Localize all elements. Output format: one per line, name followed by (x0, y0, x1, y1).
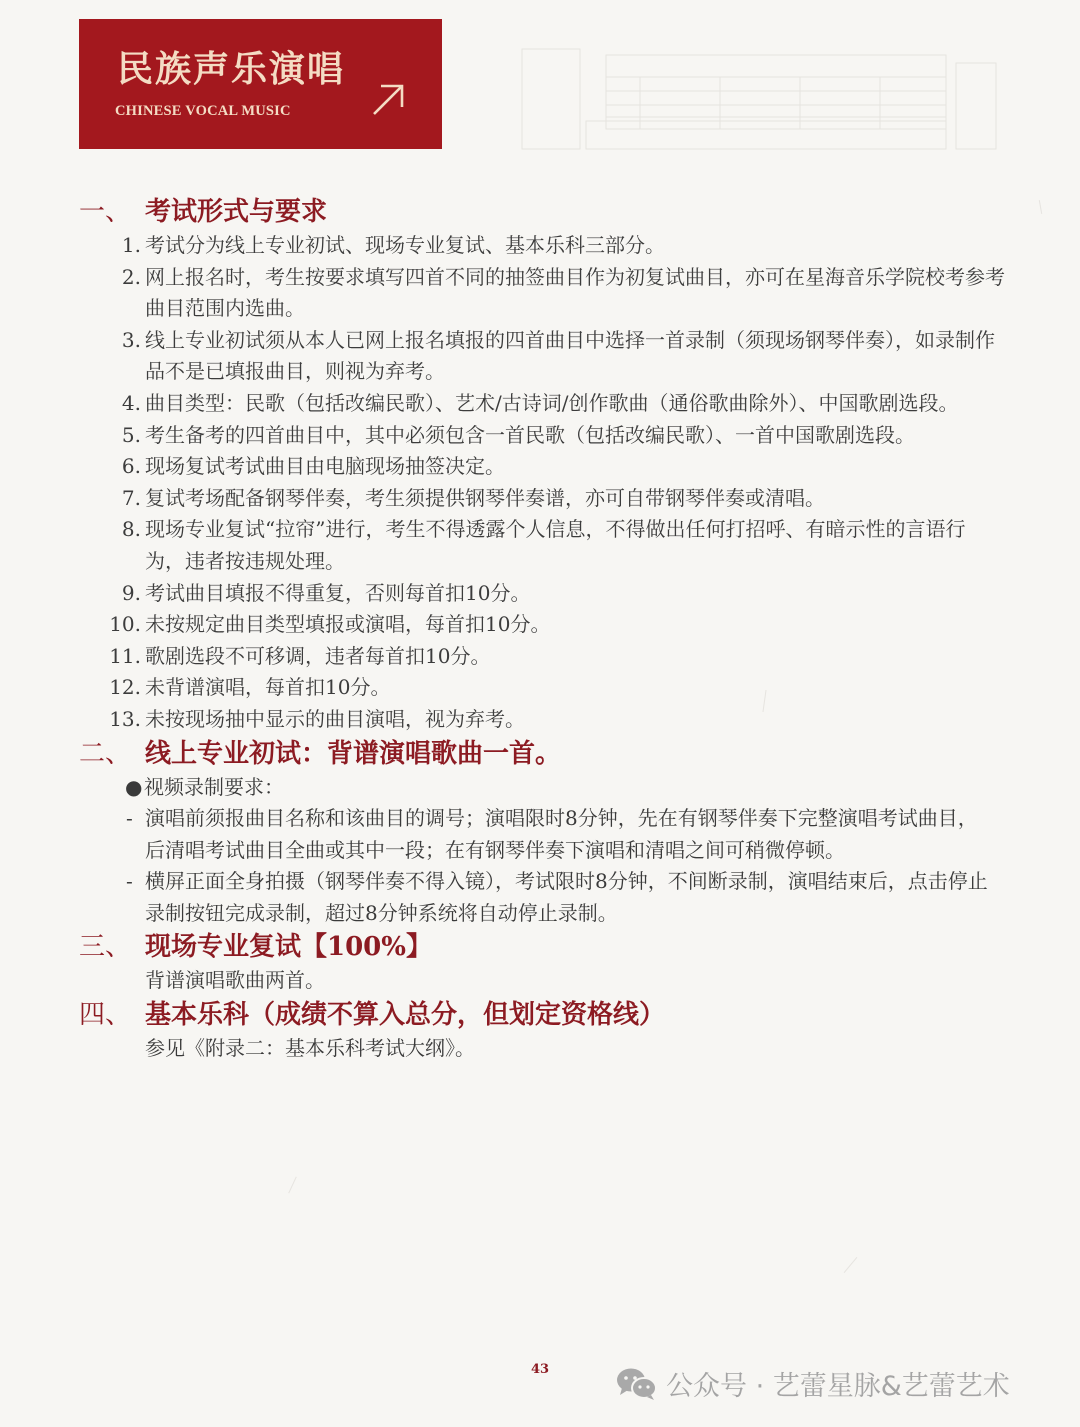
list-item: 13.未按现场抽中显示的曲目演唱，视为弃考。 (103, 704, 1019, 736)
list-item: 7.复试考场配备钢琴伴奏，考生须提供钢琴伴奏谱，亦可自带钢琴伴奏或清唱。 (103, 483, 1019, 515)
item-text: 线上专业初试须从本人已网上报名填报的四首曲目中选择一首录制（须现场钢琴伴奏），如… (145, 325, 1005, 388)
section-heading: 二、 线上专业初试：背谱演唱歌曲一首。 (79, 736, 1019, 772)
list-item: 12.未背谱演唱，每首扣10分。 (103, 672, 1019, 704)
item-number: 2. (103, 262, 145, 325)
item-number: 8. (103, 514, 145, 577)
section-title: 考试形式与要求 (145, 194, 327, 230)
item-number: 5. (103, 420, 145, 452)
item-number: 7. (103, 483, 145, 515)
item-text: 未背谱演唱，每首扣10分。 (145, 672, 1005, 704)
bullet-text: 视频录制要求： (144, 772, 284, 804)
item-number: 9. (103, 578, 145, 610)
paper-texture (844, 1257, 858, 1273)
item-number: 10. (103, 609, 145, 641)
section-number: 一、 (79, 194, 145, 230)
list-item: 10.未按规定曲目类型填报或演唱，每首扣10分。 (103, 609, 1019, 641)
dash-text: 演唱前须报曲目名称和该曲目的调号；演唱限时8分钟，先在有钢琴伴奏下完整演唱考试曲… (145, 803, 995, 866)
item-text: 未按现场抽中显示的曲目演唱，视为弃考。 (145, 704, 1005, 736)
building-illustration (520, 47, 1000, 151)
item-number: 3. (103, 325, 145, 388)
list-item: 11.歌剧选段不可移调，违者每首扣10分。 (103, 641, 1019, 673)
section-text: 背谱演唱歌曲两首。 (145, 965, 1019, 997)
item-number: 13. (103, 704, 145, 736)
section-heading: 一、 考试形式与要求 (79, 194, 1019, 230)
section-heading: 三、 现场专业复试【100%】 (79, 929, 1019, 965)
list-item: 6.现场复试考试曲目由电脑现场抽签决定。 (103, 451, 1019, 483)
dash-item: - 演唱前须报曲目名称和该曲目的调号；演唱限时8分钟，先在有钢琴伴奏下完整演唱考… (126, 803, 1019, 866)
dash-item: - 横屏正面全身拍摄（钢琴伴奏不得入镜），考试限时8分钟，不间断录制，演唱结束后… (126, 866, 1019, 929)
list-item: 8.现场专业复试“拉帘”进行，考生不得透露个人信息，不得做出任何打招呼、有暗示性… (103, 514, 1019, 577)
section-text: 参见《附录二：基本乐科考试大纲》。 (145, 1033, 1019, 1065)
item-text: 考试分为线上专业初试、现场专业复试、基本乐科三部分。 (145, 230, 1005, 262)
arrow-up-right-icon (371, 83, 405, 117)
section-number: 四、 (79, 997, 145, 1033)
item-number: 4. (103, 388, 145, 420)
item-number: 11. (103, 641, 145, 673)
header-title: 民族声乐演唱 (117, 41, 345, 92)
list-item: 4.曲目类型：民歌（包括改编民歌）、艺术/古诗词/创作歌曲（通俗歌曲除外）、中国… (103, 388, 1019, 420)
list-item: 9.考试曲目填报不得重复，否则每首扣10分。 (103, 578, 1019, 610)
item-number: 12. (103, 672, 145, 704)
paper-texture (1039, 200, 1042, 214)
page-number: 43 (531, 1362, 549, 1377)
list-item: 5.考生备考的四首曲目中，其中必须包含一首民歌（包括改编民歌）、一首中国歌剧选段… (103, 420, 1019, 452)
requirements-list: 1.考试分为线上专业初试、现场专业复试、基本乐科三部分。 2.网上报名时，考生按… (103, 230, 1019, 736)
dash-text: 横屏正面全身拍摄（钢琴伴奏不得入镜），考试限时8分钟，不间断录制，演唱结束后，点… (145, 866, 995, 929)
document-body: 一、 考试形式与要求 1.考试分为线上专业初试、现场专业复试、基本乐科三部分。 … (79, 194, 1019, 1065)
item-text: 考生备考的四首曲目中，其中必须包含一首民歌（包括改编民歌）、一首中国歌剧选段。 (145, 420, 1005, 452)
item-text: 现场复试考试曲目由电脑现场抽签决定。 (145, 451, 1005, 483)
section-header-banner: 民族声乐演唱 CHINESE VOCAL MUSIC (79, 19, 442, 149)
item-text: 曲目类型：民歌（包括改编民歌）、艺术/古诗词/创作歌曲（通俗歌曲除外）、中国歌剧… (145, 388, 1005, 420)
section-heading: 四、 基本乐科（成绩不算入总分，但划定资格线） (79, 997, 1019, 1033)
dash-icon: - (126, 803, 145, 866)
watermark-text: 公众号 · 艺蕾星脉&艺蕾艺术 (666, 1364, 1010, 1403)
item-number: 1. (103, 230, 145, 262)
watermark: 公众号 · 艺蕾星脉&艺蕾艺术 (616, 1364, 1010, 1403)
wechat-icon (616, 1367, 658, 1401)
bullet-item: ● 视频录制要求： (125, 772, 1019, 804)
item-text: 歌剧选段不可移调，违者每首扣10分。 (145, 641, 1005, 673)
section-title: 基本乐科（成绩不算入总分，但划定资格线） (145, 997, 665, 1033)
list-item: 1.考试分为线上专业初试、现场专业复试、基本乐科三部分。 (103, 230, 1019, 262)
list-item: 2.网上报名时，考生按要求填写四首不同的抽签曲目作为初复试曲目，亦可在星海音乐学… (103, 262, 1019, 325)
item-text: 未按规定曲目类型填报或演唱，每首扣10分。 (145, 609, 1005, 641)
section-number: 三、 (79, 929, 145, 965)
list-item: 3.线上专业初试须从本人已网上报名填报的四首曲目中选择一首录制（须现场钢琴伴奏）… (103, 325, 1019, 388)
paper-texture (288, 1177, 297, 1194)
item-number: 6. (103, 451, 145, 483)
header-subtitle: CHINESE VOCAL MUSIC (115, 103, 291, 120)
dash-icon: - (126, 866, 145, 929)
item-text: 考试曲目填报不得重复，否则每首扣10分。 (145, 578, 1005, 610)
bullet-icon: ● (125, 772, 144, 804)
section-title: 现场专业复试【100%】 (145, 929, 432, 965)
section-title: 线上专业初试：背谱演唱歌曲一首。 (145, 736, 561, 772)
item-text: 复试考场配备钢琴伴奏，考生须提供钢琴伴奏谱，亦可自带钢琴伴奏或清唱。 (145, 483, 1005, 515)
item-text: 现场专业复试“拉帘”进行，考生不得透露个人信息，不得做出任何打招呼、有暗示性的言… (145, 514, 1005, 577)
section-number: 二、 (79, 736, 145, 772)
item-text: 网上报名时，考生按要求填写四首不同的抽签曲目作为初复试曲目，亦可在星海音乐学院校… (145, 262, 1005, 325)
